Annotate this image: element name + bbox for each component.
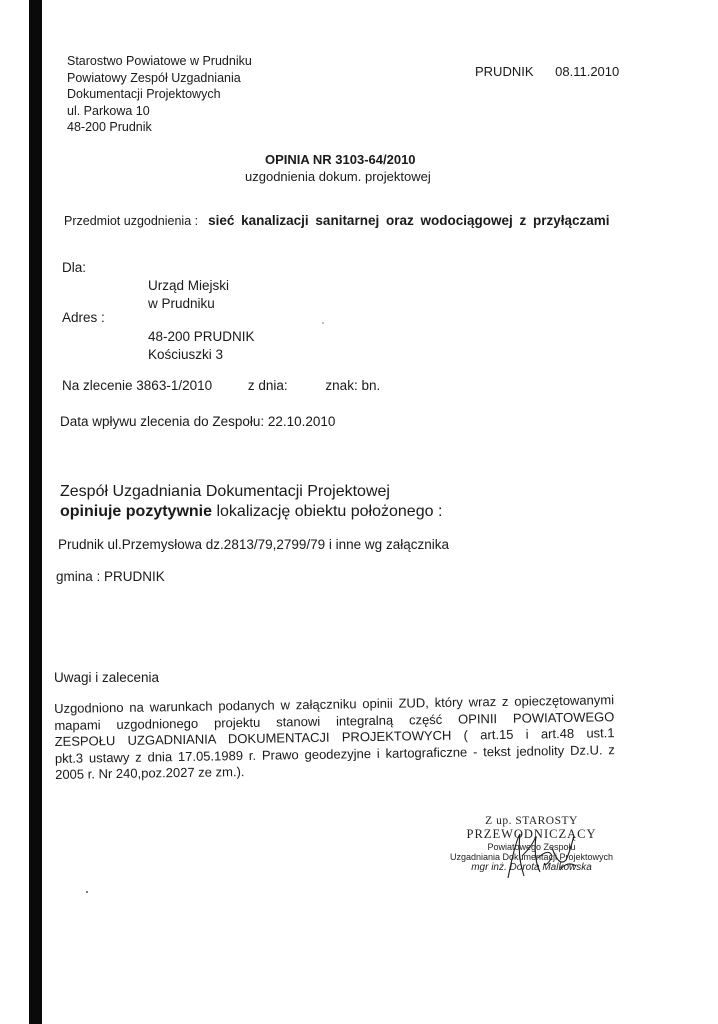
order-sign: znak: bn. — [325, 378, 380, 393]
address-line: Kościuszki 3 — [148, 346, 255, 364]
binder-edge — [29, 0, 42, 1024]
opinion-number: OPINIA NR 3103-64/2010 — [245, 151, 431, 168]
received-date: Data wpływu zlecenia do Zespołu: 22.10.2… — [60, 414, 335, 429]
remarks-body: Uzgodniono na warunkach podanych w załąc… — [54, 692, 615, 783]
document-title: OPINIA NR 3103-64/2010 uzgodnienia dokum… — [245, 151, 431, 185]
scan-speck — [322, 322, 324, 324]
sender-line: Dokumentacji Projektowych — [67, 86, 252, 103]
recipient-address: 48-200 PRUDNIK Kościuszki 3 — [148, 328, 255, 363]
opinion-subtitle: uzgodnienia dokum. projektowej — [245, 168, 431, 185]
document-date: 08.11.2010 — [555, 64, 619, 79]
order-number: Na zlecenie 3863-1/2010 — [62, 378, 212, 393]
opinion-line-1: Zespół Uzgadniania Dokumentacji Projekto… — [60, 482, 442, 502]
address-label: Adres : — [62, 310, 105, 325]
opinion-statement: Zespół Uzgadniania Dokumentacji Projekto… — [60, 482, 442, 522]
order-line: Na zlecenie 3863-1/2010 z dnia: znak: bn… — [62, 378, 380, 393]
gmina: gmina : PRUDNIK — [56, 569, 165, 584]
opinion-line-2: opiniuje pozytywnie lokalizację obiektu … — [60, 502, 442, 522]
subject-value: sieć kanalizacji sanitarnej oraz wodocią… — [208, 213, 609, 228]
recipient-name: Urząd Miejski w Prudniku — [148, 277, 229, 312]
stamp-line: Z up. STAROSTY — [444, 815, 619, 827]
place: PRUDNIK — [475, 64, 534, 79]
for-label: Dla: — [62, 260, 86, 275]
location: Prudnik ul.Przemysłowa dz.2813/79,2799/7… — [58, 537, 449, 552]
order-date-label: z dnia: — [248, 378, 288, 393]
sender-line: Powiatowy Zespół Uzgadniania — [67, 70, 252, 87]
place-date: PRUDNIK 08.11.2010 — [475, 64, 619, 79]
subject-label: Przedmiot uzgodnienia : — [64, 214, 198, 228]
sender-address: Starostwo Powiatowe w Prudniku Powiatowy… — [67, 53, 252, 136]
sender-line: Starostwo Powiatowe w Prudniku — [67, 53, 252, 70]
address-line: 48-200 PRUDNIK — [148, 328, 255, 346]
sender-line: ul. Parkowa 10 — [67, 103, 252, 120]
opinion-rest: lokalizację obiektu położonego : — [212, 503, 442, 520]
opinion-verdict: opiniuje pozytywnie — [60, 503, 212, 520]
sender-line: 48-200 Prudnik — [67, 119, 252, 136]
remarks-title: Uwagi i zalecenia — [54, 670, 159, 685]
subject: Przedmiot uzgodnienia :sieć kanalizacji … — [64, 213, 610, 228]
handwritten-signature-icon — [500, 828, 580, 883]
recipient-line: w Prudniku — [148, 295, 229, 313]
scan-speck — [86, 891, 88, 893]
recipient-line: Urząd Miejski — [148, 277, 229, 295]
